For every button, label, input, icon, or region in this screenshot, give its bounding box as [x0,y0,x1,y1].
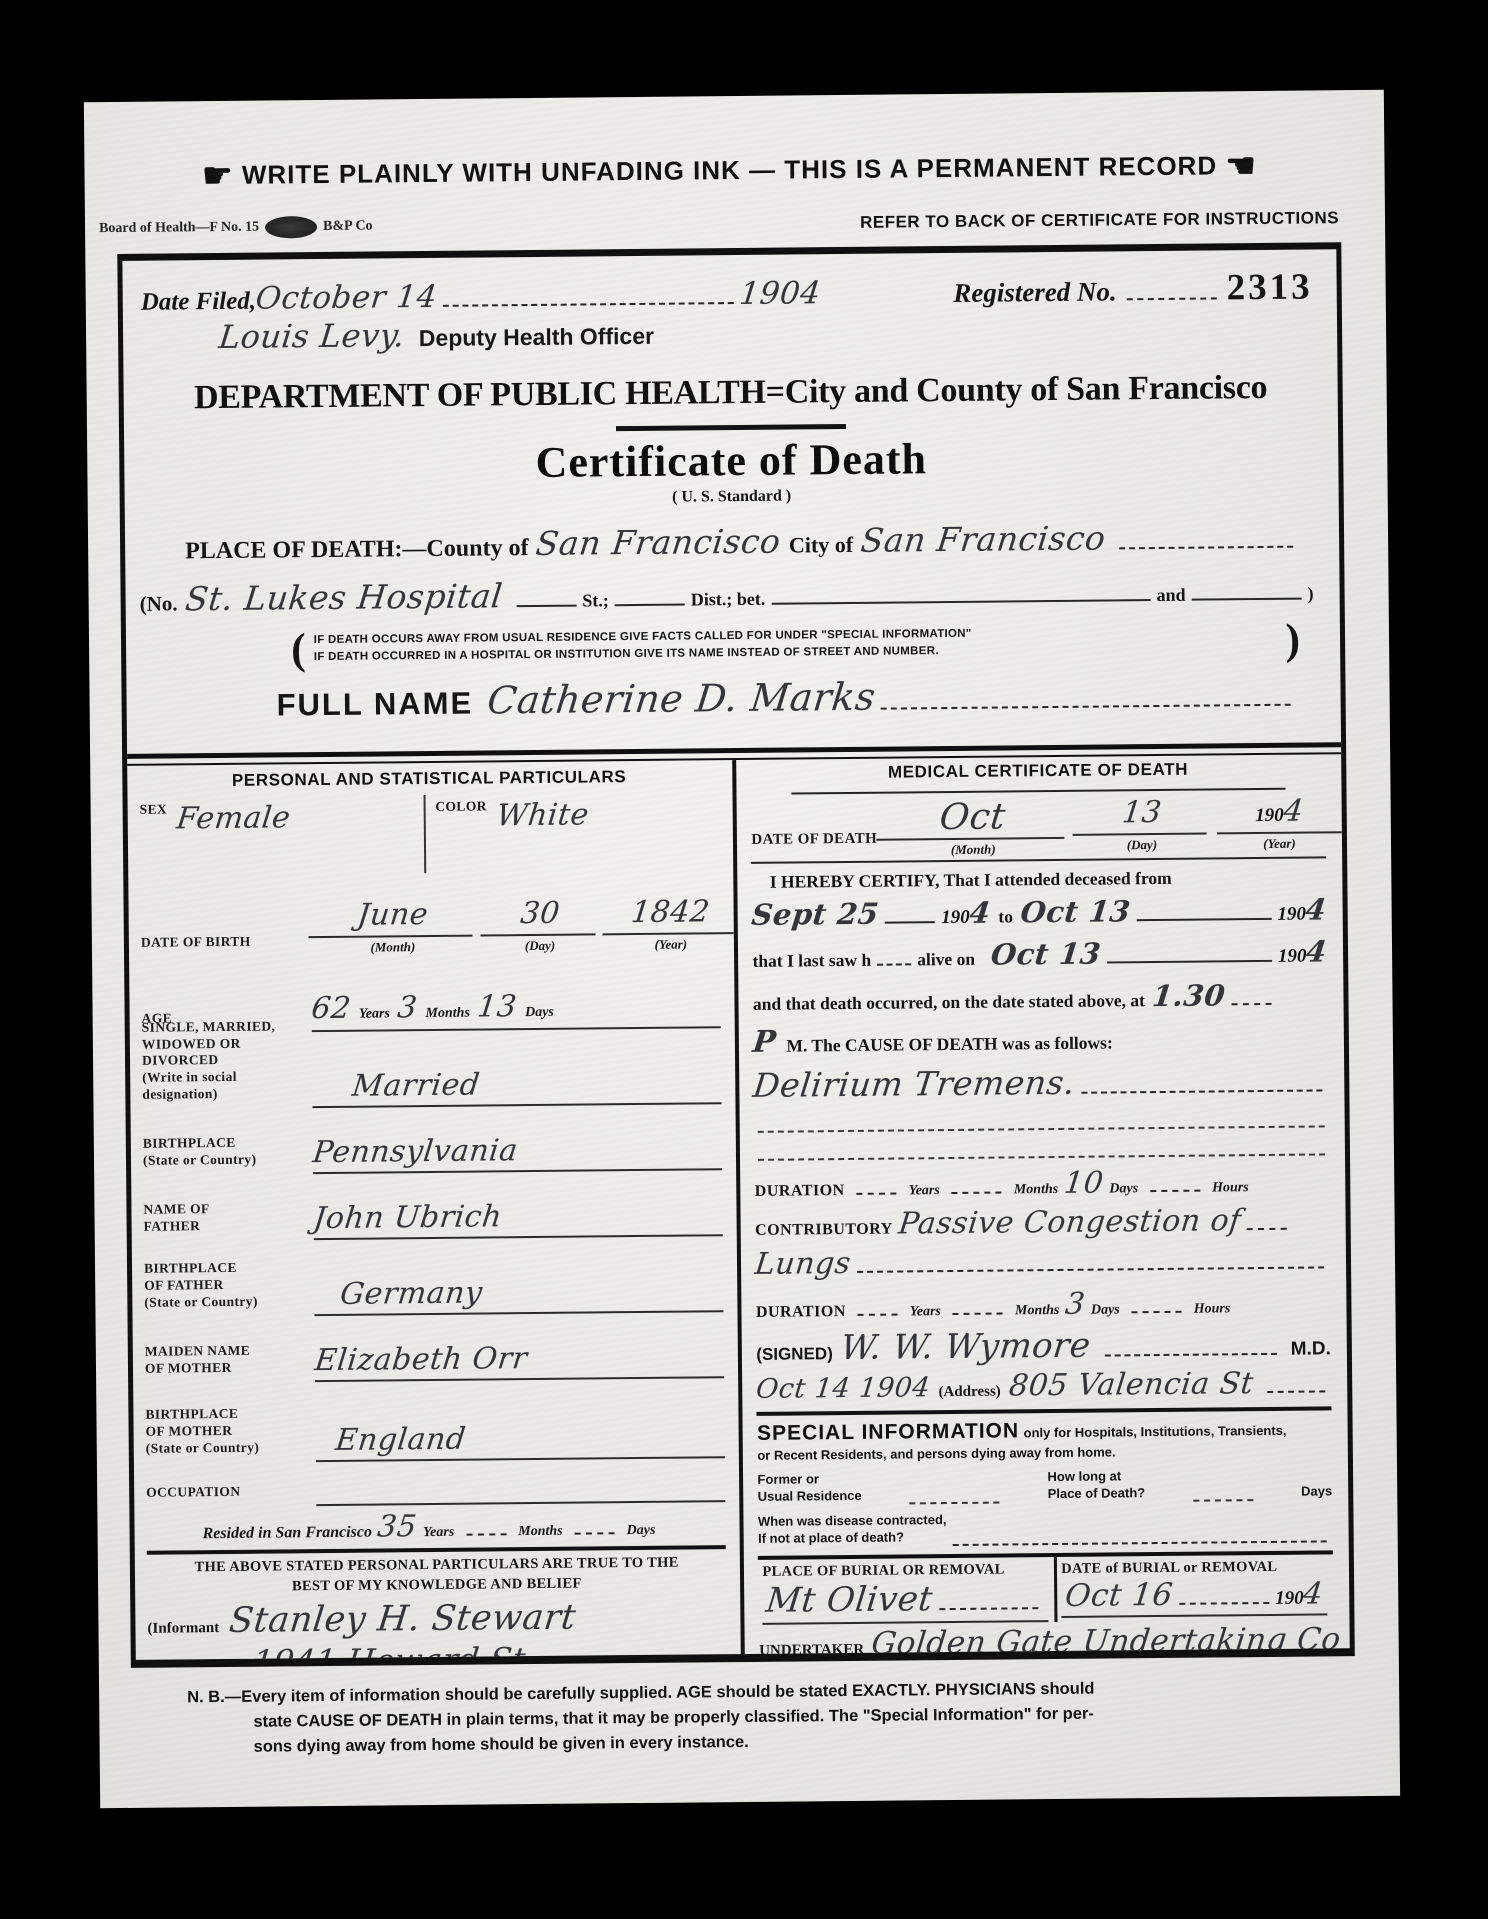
ruled-line [575,1520,615,1535]
ruled-line [771,585,1150,604]
no-label: (No. [140,591,178,616]
birthplace-value: Pennsylvania [311,1133,520,1170]
signed-address-label: (Address) [938,1384,1000,1402]
last-saw-year-suffix: 4 [1304,931,1329,972]
ruled-line [1081,1076,1322,1094]
age-months-value: 3 [396,990,420,1025]
father-bp-label-line2: OF FATHER [144,1276,314,1295]
father-label-line1: NAME OF [143,1200,313,1219]
burial-section: PLACE OF BURIAL OR REMOVAL Mt Olivet DAT… [758,1550,1333,1625]
sex-label: SEX [140,802,168,819]
signed-label: (SIGNED) [756,1344,833,1365]
occupation-field: OCCUPATION [146,1462,726,1508]
dod-year-suffix: 4 [1282,794,1306,829]
days-caption: Days [1091,1303,1120,1319]
signed-date-address-row: Oct 14 1904 (Address) 805 Valencia St [756,1366,1331,1407]
place-of-death-label: PLACE OF DEATH:—County of [185,535,529,565]
ruled-line [466,1521,506,1536]
ruled-line [443,288,734,306]
days-caption: Days [525,1005,554,1021]
years-caption: Years [910,1304,941,1320]
father-name-field: NAME OF FATHER John Ubrich [143,1174,723,1242]
contributory-value-2: Lungs [753,1246,853,1282]
and-label: and [1156,585,1185,606]
father-name-value: John Ubrich [312,1199,504,1236]
personal-particulars-column: PERSONAL AND STATISTICAL PARTICULARS SEX… [127,760,745,1664]
physician-signature: W. W. Wymore [838,1326,1092,1368]
duration-row-1: DURATION Years Months 10 Days Hours [755,1164,1330,1205]
mother-birthplace-value: England [334,1422,468,1458]
ruled-line [1107,945,1272,963]
ruled-line [1193,1487,1253,1502]
ruled-line [1231,988,1271,1005]
registered-no-row: Registered No. 2313 [820,265,1313,313]
pointing-hand-left-icon: ☚ [1225,147,1257,185]
year-prefix: 190 [1255,805,1284,826]
cause-heading-line: P M. The CAUSE OF DEATH was as follows: [753,1017,1328,1065]
disease-contracted-label: When was disease contracted, If not at p… [758,1512,947,1548]
banner-warning-text: WRITE PLAINLY WITH UNFADING INK — THIS I… [242,150,1218,189]
ruled-line [1137,903,1272,921]
resided-row: Resided in San Francisco 35 Years Months… [146,1506,726,1547]
mother-label-line2: OF MOTHER [145,1359,315,1378]
ruled-line [1150,1177,1200,1192]
printer-stamp-icon [265,216,317,238]
resided-label: Resided in San Francisco [203,1524,373,1544]
how-long-line1: How long at [1047,1469,1145,1487]
year-prefix: 190 [1275,1588,1304,1610]
attended-from-value: Sept 25 [750,893,882,935]
father-birthplace-field: BIRTHPLACE OF FATHER (State or Country) … [144,1240,724,1318]
day-caption: (Day) [1075,835,1209,854]
last-saw-pre-text: that I last saw h [752,948,871,974]
years-caption: Years [423,1525,454,1541]
date-of-death-field: DATE OF DEATH Oct (Month) 13 (Day) 1904 [751,793,1326,860]
death-occurred-line: and that death occurred, on the date sta… [753,974,1328,1020]
date-filed-row: Date Filed, October 14 1904 [141,275,821,318]
md-label: M.D. [1291,1339,1331,1361]
mother-label-line1: MAIDEN NAME [145,1342,315,1361]
undertaker-address-row: (Address 2483 Mission St [759,1657,1334,1658]
day-caption: (Day) [483,935,598,954]
refer-to-back-text: REFER TO BACK OF CERTIFICATE FOR INSTRUC… [860,208,1339,233]
ruled-line [858,1301,898,1316]
ruled-line [953,1527,1327,1546]
marital-label-line2: WIDOWED OR DIVORCED [142,1035,312,1070]
months-caption: Months [518,1524,563,1540]
hours-caption: Hours [1212,1180,1249,1196]
ruled-line [1132,1298,1182,1313]
last-saw-date-value: Oct 13 [989,934,1103,976]
full-name-value: Catherine D. Marks [485,675,878,723]
death-occurred-text: and that death occurred, on the date sta… [753,988,1145,1016]
former-residence-label: Former or Usual Residence [757,1471,861,1506]
scanned-certificate-page: ☛ WRITE PLAINLY WITH UNFADING INK — THIS… [84,90,1400,1808]
birthplace-label: BIRTHPLACE [143,1134,313,1153]
undertaker-value: Golden Gate Undertaking Co [870,1621,1343,1658]
sex-field: SEX Female [140,795,424,876]
place-of-death-row: PLACE OF DEATH:—County of San Francisco … [125,506,1340,580]
date-of-birth-field: DATE OF BIRTH June (Month) 30 (Day) 1842 [140,872,720,958]
marital-label-line3: (Write in social designation) [142,1068,312,1103]
father-bp-label-line1: BIRTHPLACE [144,1259,314,1278]
last-saw-post-text: alive on [917,947,975,972]
close-paren: ) [1285,620,1300,660]
signed-date-value: Oct 14 1904 [755,1372,932,1405]
how-long-label: How long at Place of Death? [1047,1469,1145,1504]
father-label-line2: FATHER [144,1217,314,1236]
duration-label: DURATION [755,1182,845,1201]
to-label: to [998,904,1013,929]
days-caption: Days [1301,1484,1332,1501]
mother-birthplace-field: BIRTHPLACE OF MOTHER (State or Country) … [145,1382,725,1464]
cause-of-death-value: Delirium Tremens. [752,1063,1078,1105]
duration1-days-value: 10 [1062,1166,1105,1201]
ruled-line [1247,1214,1287,1230]
ruled-line [516,591,576,607]
year-caption: (Year) [605,934,736,953]
dob-day-value: 30 [480,895,599,936]
mother-bp-label-line1: BIRTHPLACE [145,1405,315,1424]
color-label: COLOR [435,798,487,815]
ruled-line [615,590,685,606]
ruled-line [1119,532,1293,549]
district-label: Dist.; bet. [691,589,766,611]
contributory-row: CONTRIBUTORY Passive Congestion of [755,1203,1330,1244]
mother-name-field: MAIDEN NAME OF MOTHER Elizabeth Orr [145,1316,725,1384]
board-of-health-line: Board of Health—F No. 15 B&P Co [99,216,373,241]
duration-label: DURATION [756,1303,846,1322]
ruled-line [857,1180,897,1195]
years-caption: Years [359,1006,390,1022]
ruled-line [1192,584,1302,601]
board-of-health-text: Board of Health—F No. 15 [99,220,259,238]
state-country-caption: (State or Country) [144,1293,314,1312]
informant-address-row: (Address 1941 Howard St. [148,1638,728,1664]
month-caption: (Month) [879,839,1067,859]
how-long-line2: Place of Death? [1048,1486,1146,1504]
meridiem-value: P [751,1022,779,1064]
ruled-line [877,949,911,966]
ruled-line [1127,284,1217,300]
death-time-value: 1.30 [1151,975,1228,1016]
days-caption: Days [1109,1181,1138,1197]
marital-label-line1: SINGLE, MARRIED, [142,1018,312,1037]
health-officer-signature: Louis Levy. [217,316,407,356]
former-residence-line1: Former or [757,1471,861,1489]
ruled-line [953,1300,1003,1315]
sex-value: Female [175,800,293,836]
ruled-line [910,1489,1000,1505]
permanent-record-banner: ☛ WRITE PLAINLY WITH UNFADING INK — THIS… [114,142,1344,194]
state-country-caption: (State or Country) [146,1439,316,1458]
burial-place-value: Mt Olivet [764,1579,935,1621]
dob-label: DATE OF BIRTH [141,934,251,950]
dob-month-value: June [308,897,476,939]
contributory-label: CONTRIBUTORY [755,1221,893,1240]
mother-name-value: Elizabeth Orr [313,1341,529,1378]
attended-dates-line: Sept 25 1904 to Oct 13 1904 [752,889,1327,935]
age-years-value: 62 [310,991,353,1026]
marital-status-field: SINGLE, MARRIED, WIDOWED OR DIVORCED (Wr… [142,1032,722,1110]
ruled-line [1104,1340,1276,1357]
hours-caption: Hours [1194,1302,1231,1318]
county-value: San Francisco [534,522,783,563]
printer-name-text: B&P Co [323,219,373,235]
full-name-label: FULL NAME [276,686,473,724]
institution-value: St. Lukes Hospital [183,576,504,618]
date-filed-year: 1904 [738,275,823,312]
burial-date-box: DATE of BURIAL or REMOVAL Oct 16 1904 [1057,1554,1333,1622]
duration-row-2: DURATION Years Months 3 Days Hours [756,1285,1331,1326]
date-filed-label: Date Filed, [141,288,257,317]
special-info-subtitle-2: or Recent Residents, and persons dying a… [757,1442,1332,1464]
cause-of-death-row: Delirium Tremens. [754,1061,1329,1106]
year-prefix: 190 [941,904,970,931]
department-title: DEPARTMENT OF PUBLIC HEALTH=City and Cou… [123,361,1337,425]
ruled-line [881,690,1291,710]
occupation-label: OCCUPATION [146,1484,240,1500]
certificate-frame: Date Filed, October 14 1904 Registered N… [117,242,1355,1668]
informant-row: (Informant Stanley H. Stewart [147,1596,727,1642]
year-prefix: 190 [1278,944,1307,971]
age-days-value: 13 [476,989,519,1024]
informant-address-label: (Address [188,1661,245,1664]
undertaker-row: UNDERTAKER Golden Gate Undertaking Co [759,1621,1334,1658]
street-label: St.; [582,590,609,611]
date-filed-value: October 14 [254,279,439,317]
birthplace-field: BIRTHPLACE (State or Country) Pennsylvan… [143,1108,723,1176]
ruled-line [939,1594,1039,1611]
footer-note: N. B.—Every item of information should b… [145,1676,1186,1760]
burial-year-suffix: 4 [1302,1576,1326,1611]
months-caption: Months [1015,1303,1060,1319]
to-year-suffix: 4 [1304,889,1329,930]
years-caption: Years [909,1183,940,1199]
burial-place-box: PLACE OF BURIAL OR REMOVAL Mt Olivet [758,1557,1057,1625]
open-paren: ( [291,629,306,669]
dob-year-value: 1842 [603,894,739,935]
close-paren: ) [1308,583,1314,604]
registered-no-label: Registered No. [953,276,1117,309]
from-year-suffix: 4 [967,892,992,933]
year-prefix: 190 [1277,901,1306,928]
father-birthplace-value: Germany [338,1275,484,1311]
contributory-row-2: Lungs [755,1242,1330,1283]
last-saw-line: that I last saw h alive on Oct 13 1904 [752,931,1327,977]
health-officer-title: Deputy Health Officer [419,323,654,352]
special-info-title: SPECIAL INFORMATION [757,1420,1019,1446]
city-value: San Francisco [859,518,1108,559]
attended-to-value: Oct 13 [1019,891,1133,933]
full-name-row: FULL NAME Catherine D. Marks [126,662,1341,744]
informant-signature: Stanley H. Stewart [227,1598,578,1641]
marital-value: Married [350,1068,481,1104]
registered-no-value: 2313 [1226,265,1312,309]
dod-label: DATE OF DEATH [751,831,877,848]
blank-ruled-line [758,1128,1325,1161]
days-caption: Days [627,1523,656,1539]
color-field: COLOR White [423,792,719,873]
dod-month-value: Oct [877,796,1069,841]
months-caption: Months [425,1006,470,1022]
ruled-line [1267,1377,1325,1393]
ruled-line [551,1653,722,1664]
disease-contracted-line2: If not at place of death? [758,1529,947,1548]
signed-row: (SIGNED) W. W. Wymore M.D. [756,1324,1331,1370]
contributory-value: Passive Congestion of [897,1203,1243,1241]
duration2-days-value: 3 [1063,1287,1087,1322]
resided-years-value: 35 [376,1509,419,1544]
mother-bp-label-line2: OF MOTHER [146,1422,316,1441]
disease-contracted-line1: When was disease contracted, [758,1512,947,1531]
medical-column-header: MEDICAL CERTIFICATE OF DEATH [791,759,1285,795]
former-residence-line2: Usual Residence [758,1488,862,1506]
state-country-caption: (State or Country) [143,1151,313,1170]
informant-label: (Informant [147,1620,219,1638]
ruled-line [857,1253,1324,1273]
color-value: White [495,797,591,833]
signed-address-value: 805 Valencia St [1007,1366,1255,1403]
medical-certificate-column: MEDICAL CERTIFICATE OF DEATH DATE OF DEA… [737,754,1350,1658]
year-caption: (Year) [1217,833,1342,852]
month-caption: (Month) [311,937,475,957]
ruled-line [1179,1588,1269,1604]
pointing-hand-right-icon: ☛ [202,157,234,195]
cause-heading-text: M. The CAUSE OF DEATH was as follows: [786,1031,1113,1059]
burial-date-value: Oct 16 [1063,1577,1175,1614]
informant-address-value: 1941 Howard St. [251,1640,539,1664]
city-label: City of [789,532,853,559]
special-info-subtitle-1: only for Hospitals, Institutions, Transi… [1024,1423,1287,1441]
months-caption: Months [1014,1182,1059,1198]
ruled-line [952,1179,1002,1194]
title-divider [616,424,846,431]
undertaker-label: UNDERTAKER [759,1642,864,1658]
ruled-line [885,906,935,923]
dod-day-value: 13 [1072,794,1210,835]
